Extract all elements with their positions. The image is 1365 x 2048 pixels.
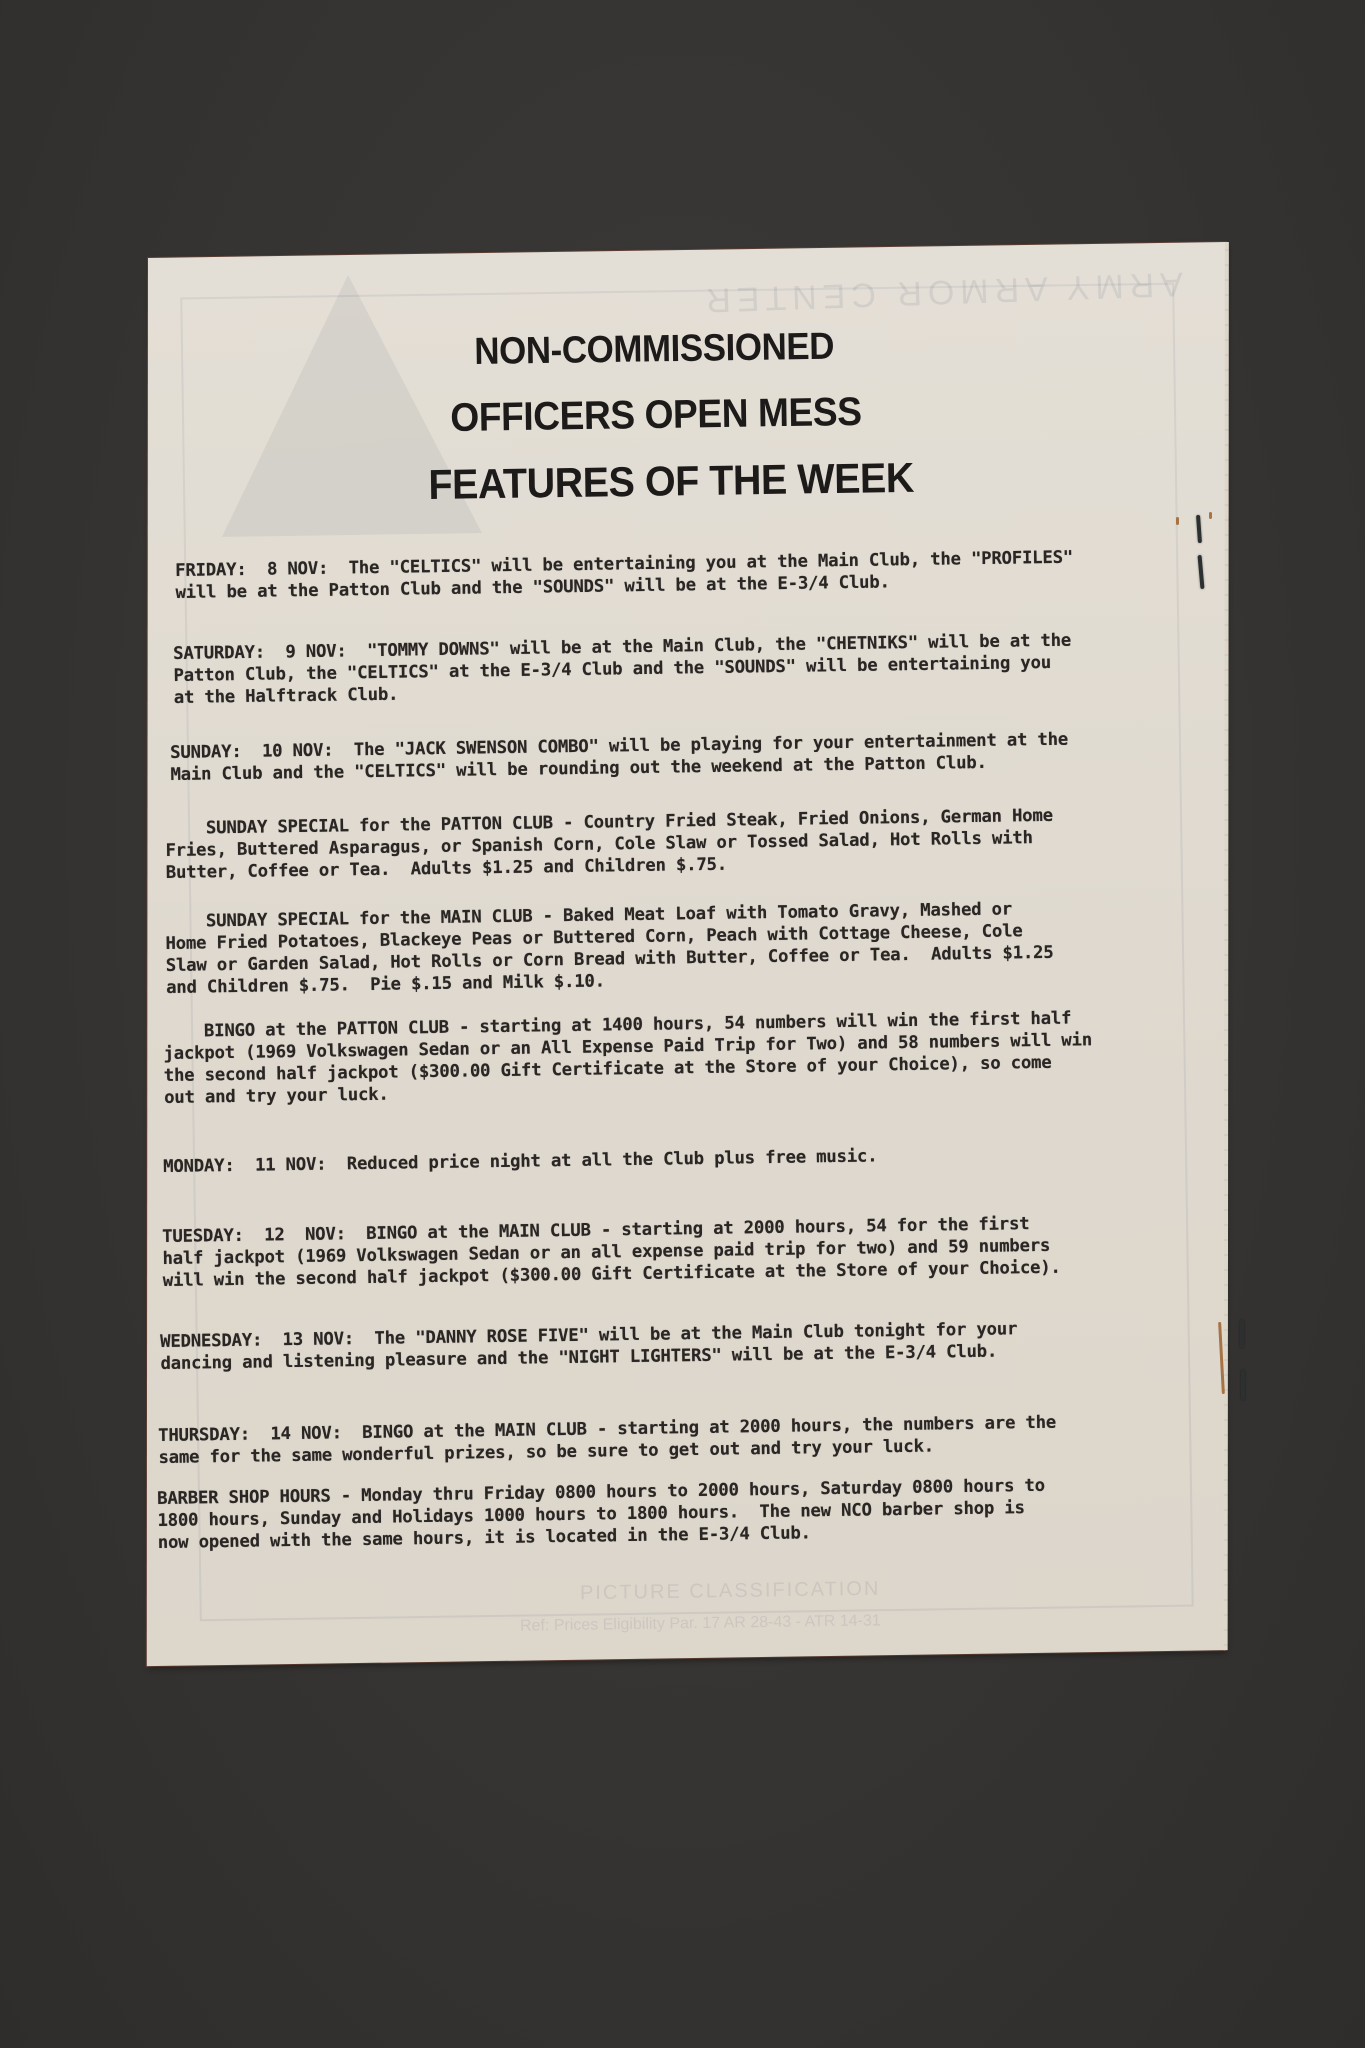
entry-sunday-special-main: SUNDAY SPECIAL for the MAIN CLUB - Baked… xyxy=(165,898,1054,999)
staple-icon xyxy=(1240,1320,1244,1348)
staple-rust-mark xyxy=(1176,517,1179,525)
staple-rust-mark xyxy=(1209,512,1212,519)
title-line-2: OFFICERS OPEN MESS xyxy=(450,390,862,441)
title-line-3: FEATURES OF THE WEEK xyxy=(428,454,914,509)
entry-bingo-patton: BINGO at the PATTON CLUB - starting at 1… xyxy=(163,1007,1093,1109)
entry-tuesday: TUESDAY: 12 NOV: BINGO at the MAIN CLUB … xyxy=(162,1213,1061,1292)
entry-sunday-special-patton: SUNDAY SPECIAL for the PATTON CLUB - Cou… xyxy=(165,805,1054,884)
staple-icon xyxy=(1241,1370,1245,1400)
title-line-1: NON-COMMISSIONED xyxy=(474,326,834,374)
entry-saturday: SATURDAY: 9 NOV: "TOMMY DOWNS" will be a… xyxy=(173,630,1072,709)
entry-barber-shop-hours: BARBER SHOP HOURS - Monday thru Friday 0… xyxy=(157,1475,1046,1554)
show-through-footer-1: PICTURE CLASSIFICATION xyxy=(580,1578,881,1605)
